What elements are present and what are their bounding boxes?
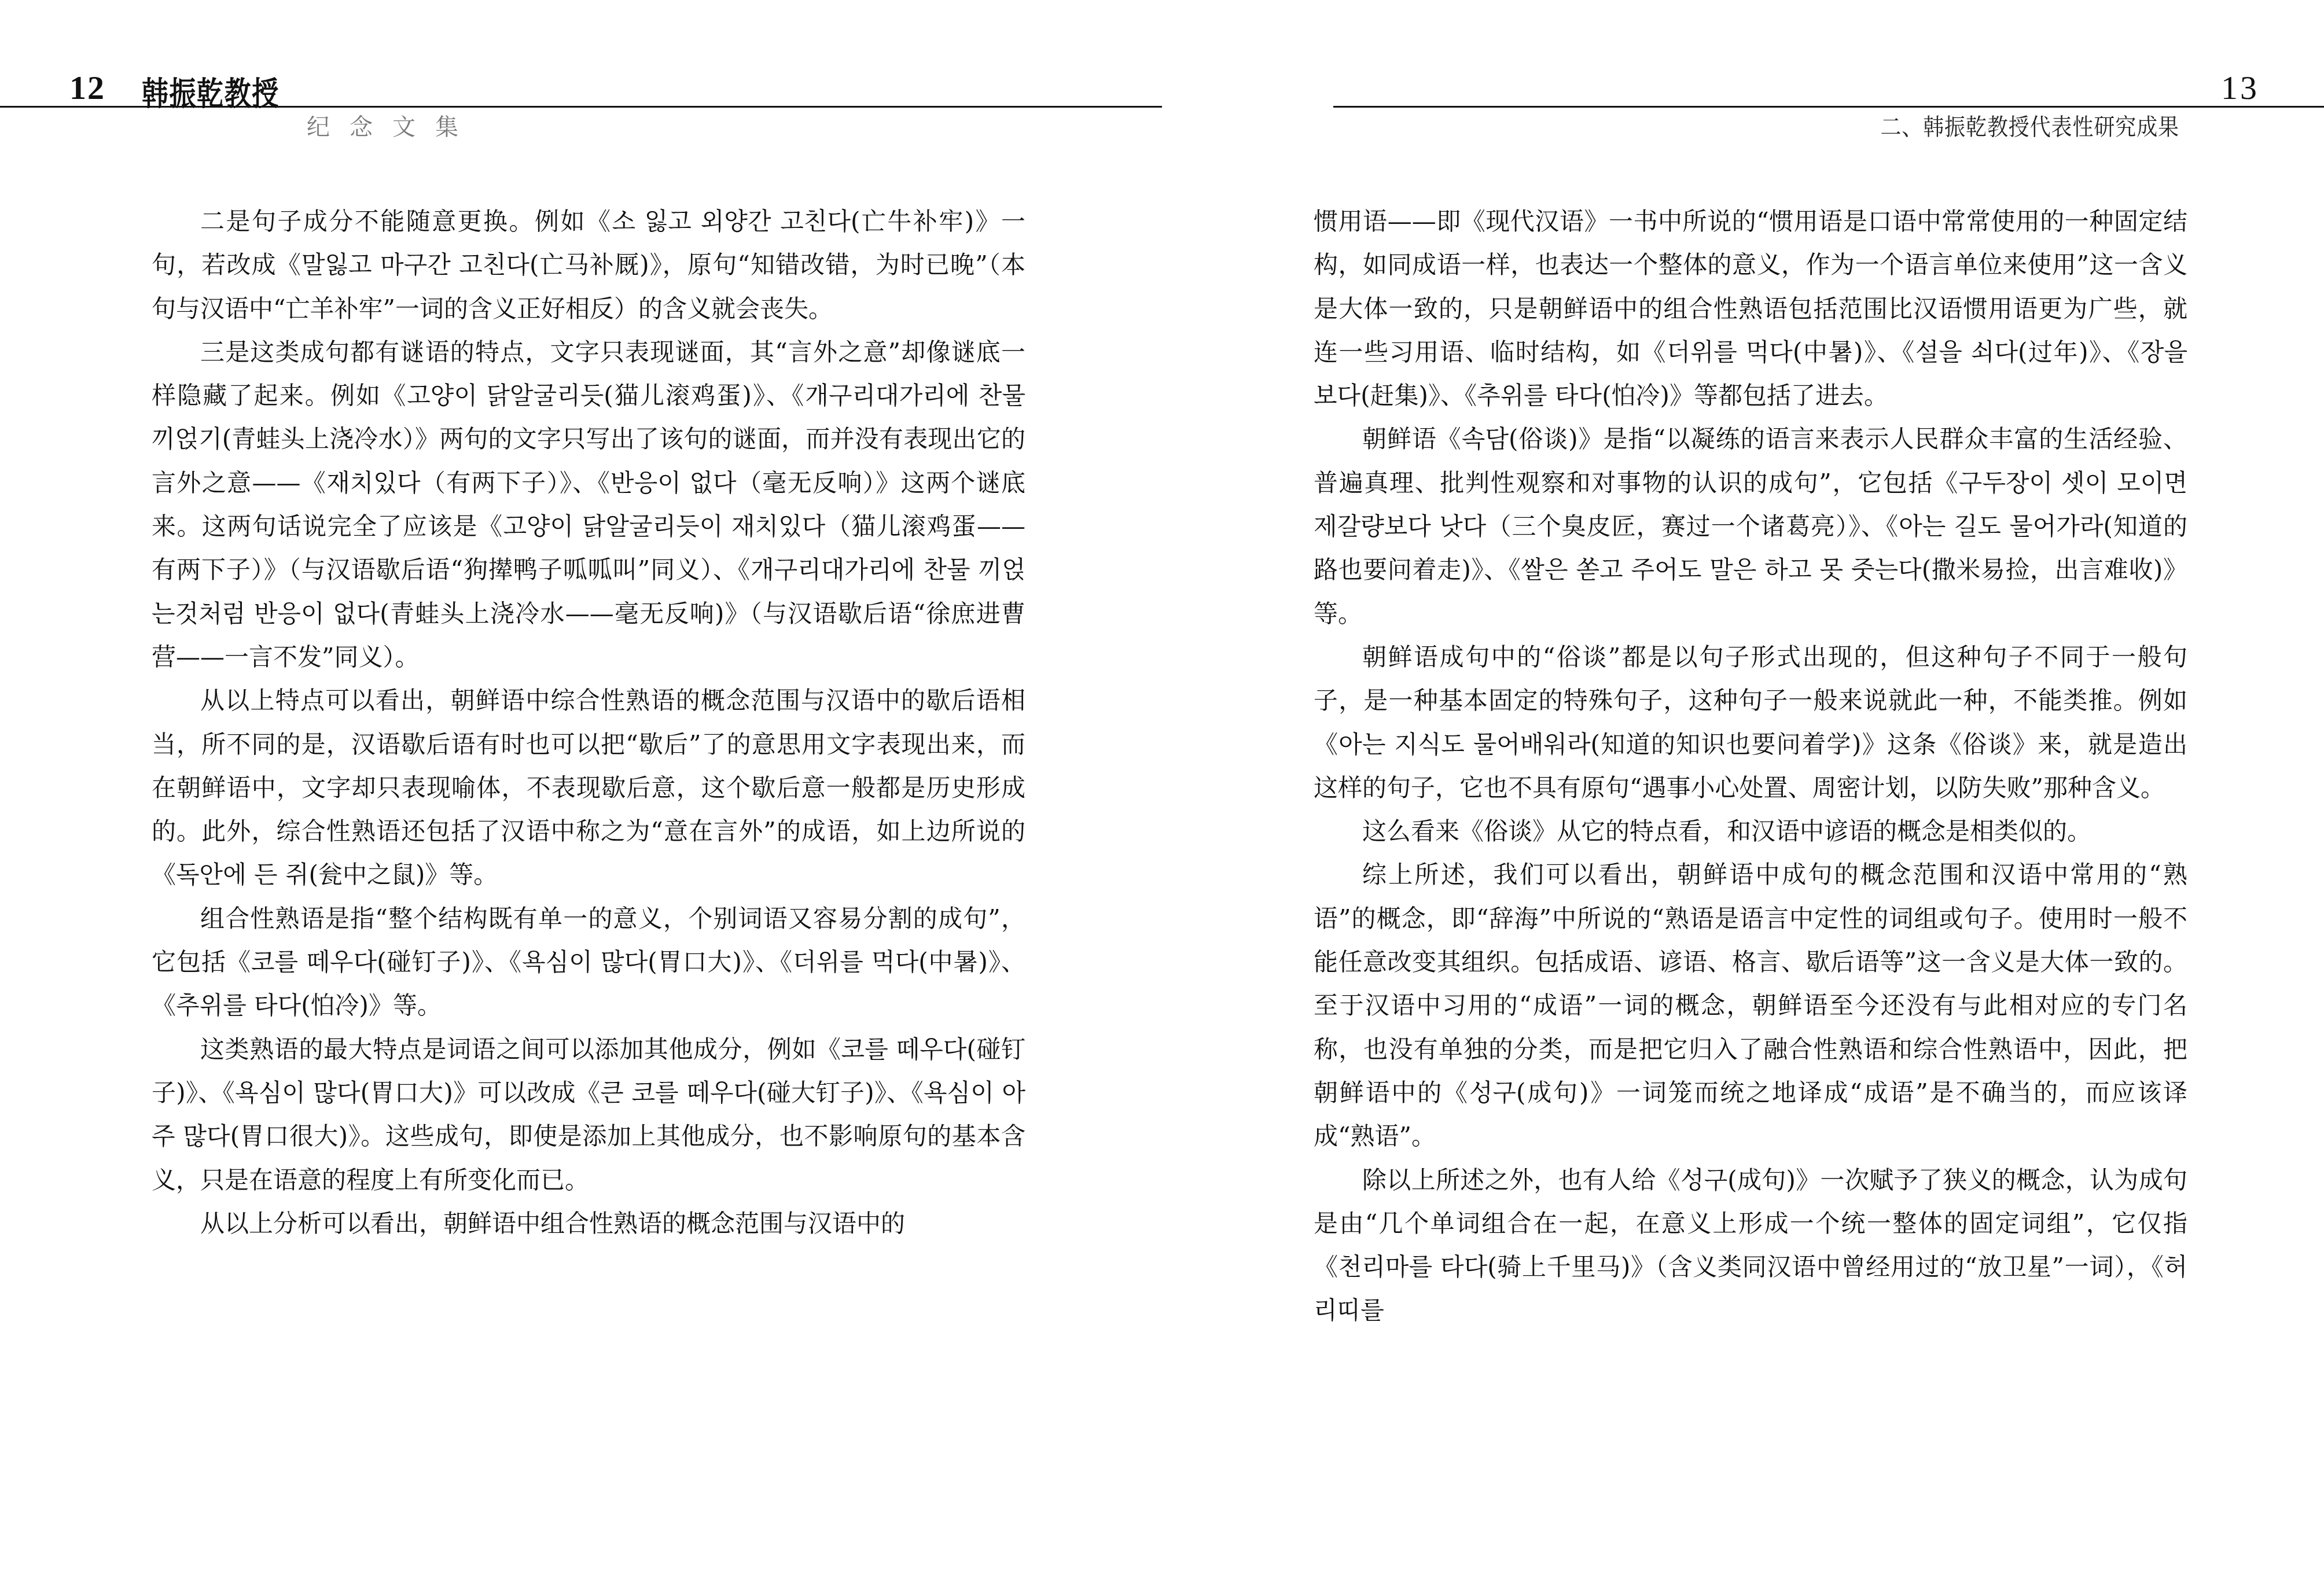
page-number: 13: [2221, 68, 2259, 107]
paragraph: 朝鲜语成句中的“俗谈”都是以句子形式出现的，但这种句子不同于一般句子，是一种基本…: [1314, 635, 2187, 809]
page-number: 12: [69, 68, 105, 107]
paragraph: 朝鲜语《속담(俗谈)》是指“以凝练的语言来表示人民群众丰富的生活经验、普遍真理、…: [1314, 417, 2187, 635]
left-page: 12 韩振乾教授 纪念文集 二是句子成分不能随意更换。例如《소 잃고 외양간 고…: [0, 0, 1162, 1572]
paragraph: 从以上特点可以看出，朝鲜语中综合性熟语的概念范围与汉语中的歇后语相当，所不同的是…: [152, 679, 1025, 896]
running-subtitle: 纪念文集: [307, 109, 478, 142]
paragraph: 二是句子成分不能随意更换。例如《소 잃고 외양간 고친다(亡牛补牢)》一句，若改…: [152, 200, 1025, 330]
body-text: 二是句子成分不能随意更换。例如《소 잃고 외양간 고친다(亡牛补牢)》一句，若改…: [152, 200, 1025, 1245]
paragraph: 综上所述，我们可以看出，朝鲜语中成句的概念范围和汉语中常用的“熟语”的概念，即“…: [1314, 853, 2187, 1158]
paragraph: 除以上所述之外，也有人给《성구(成句)》一次赋予了狭义的概念，认为成句是由“几个…: [1314, 1158, 2187, 1332]
header-rule: [0, 106, 1162, 108]
paragraph: 惯用语——即《现代汉语》一书中所说的“惯用语是口语中常常使用的一种固定结构，如同…: [1314, 200, 2187, 417]
running-subtitle: 二、韩振乾教授代表性研究成果: [1880, 109, 2179, 142]
paragraph: 组合性熟语是指“整个结构既有单一的意义，个别词语又容易分割的成句”，它包括《코를…: [152, 897, 1025, 1028]
paragraph: 这么看来《俗谈》从它的特点看，和汉语中谚语的概念是相类似的。: [1314, 809, 2187, 853]
paragraph: 从以上分析可以看出，朝鲜语中组合性熟语的概念范围与汉语中的: [152, 1202, 1025, 1245]
paragraph: 三是这类成句都有谜语的特点，文字只表现谜面，其“言外之意”却像谜底一样隐藏了起来…: [152, 330, 1025, 679]
right-page: 13 二、韩振乾教授代表性研究成果 惯用语——即《现代汉语》一书中所说的“惯用语…: [1162, 0, 2324, 1572]
paragraph: 这类熟语的最大特点是词语之间可以添加其他成分，例如《코를 떼우다(碰钉子)》、《…: [152, 1028, 1025, 1202]
running-title: 韩振乾教授: [142, 68, 280, 115]
header-rule: [1333, 106, 2324, 108]
body-text: 惯用语——即《现代汉语》一书中所说的“惯用语是口语中常常使用的一种固定结构，如同…: [1314, 200, 2187, 1332]
